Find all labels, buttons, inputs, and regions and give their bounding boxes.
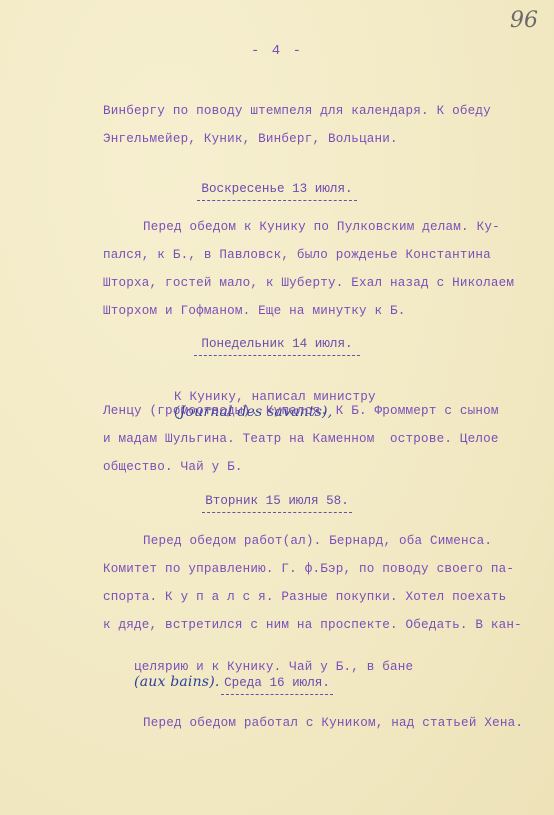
- text-line: общество. Чай у Б.: [103, 460, 243, 474]
- text-line: Шторха, гостей мало, к Шуберту. Ехал наз…: [103, 276, 514, 290]
- folio-number: 96: [510, 8, 538, 33]
- entry-heading: Воскресенье 13 июля.: [0, 182, 554, 201]
- text-line: пался, к Б., в Павловск, было рожденье К…: [103, 248, 491, 262]
- text-line: Перед обедом работ(ал). Бернард, оба Сим…: [143, 534, 492, 548]
- text-line: Комитет по управлению. Г. ф.Бэр, по пово…: [103, 562, 514, 576]
- text-line: Перед обедом работал с Куником, над стат…: [143, 716, 523, 730]
- text-line: спорта. К у п а л с я. Разные покупки. Х…: [103, 590, 506, 604]
- page-number: - 4 -: [0, 43, 554, 59]
- heading-underline: [221, 694, 333, 695]
- heading-underline: [194, 355, 360, 356]
- text-line: Винбергу по поводу штемпеля для календар…: [103, 104, 491, 118]
- text-line: Энгельмейер, Куник, Винберг, Вольцани.: [103, 132, 398, 146]
- entry-heading: Среда 16 июля.: [0, 676, 554, 695]
- text-line: к дяде, встретился с ним на проспекте. О…: [103, 618, 522, 632]
- entry-heading: Вторник 15 июля 58.: [0, 494, 554, 513]
- document-page: 96 - 4 - Винбергу по поводу штемпеля для…: [0, 0, 554, 815]
- entry-heading: Понедельник 14 июля.: [0, 337, 554, 356]
- text-line: Шторхом и Гофманом. Еще на минутку к Б.: [103, 304, 406, 318]
- text-line: Ленцу (громоотводы). Купался. К Б. Фромм…: [103, 404, 499, 418]
- text-line: и мадам Шульгина. Театр на Каменном остр…: [103, 432, 499, 446]
- text-line: Перед обедом к Кунику по Пулковским дела…: [143, 220, 500, 234]
- heading-underline: [197, 200, 357, 201]
- heading-underline: [202, 512, 352, 513]
- text-line: целярию и к Кунику. Чай у Б., в бане (au…: [103, 646, 413, 704]
